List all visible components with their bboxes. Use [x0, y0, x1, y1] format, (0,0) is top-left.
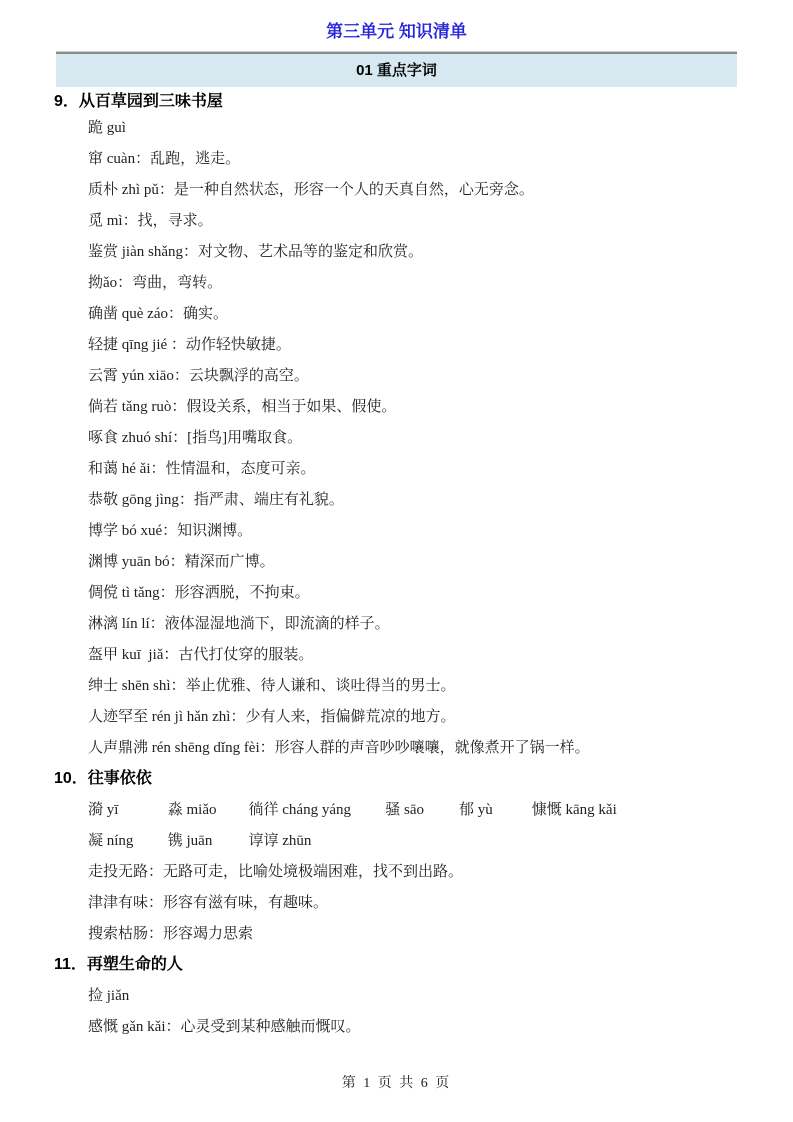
word-entry: 淋漓 lín lí：液体湿湿地淌下，即流滴的样子。 — [88, 609, 753, 640]
section-11: 11．再塑生命的人 捡 jiǎn 感慨 gǎn kǎi：心灵受到某种感触而慨叹。 — [0, 954, 793, 1043]
word-entry: 绅士 shēn shì：举止优雅、待人谦和、谈吐得当的男士。 — [88, 671, 753, 702]
word-entry: 感慨 gǎn kǎi：心灵受到某种感触而慨叹。 — [88, 1012, 753, 1043]
word-entry: 盔甲 kuī jiǎ：古代打仗穿的服装。 — [88, 640, 753, 671]
section-9: 9．从百草园到三味书屋 跪 guì 窜 cuàn：乱跑，逃走。 质朴 zhì p… — [0, 91, 793, 764]
word-entry: 人迹罕至 rén jì hǎn zhì：少有人来，指偏僻荒凉的地方。 — [88, 702, 753, 733]
section-heading: 10．往事依依 — [54, 768, 793, 790]
word-entry: 恭敬 gōng jìng：指严肃、端庄有礼貌。 — [88, 485, 753, 516]
word-entry: 博学 bó xué：知识渊博。 — [88, 516, 753, 547]
section-heading: 9．从百草园到三味书屋 — [54, 91, 793, 113]
section-heading: 11．再塑生命的人 — [54, 954, 793, 976]
word-row: 漪 yī 淼 miǎo 徜徉 cháng yáng 骚 sāo 郁 yù 慷慨 … — [88, 795, 753, 826]
document-page: 第三单元 知识清单 01 重点字词 9．从百草园到三味书屋 跪 guì 窜 cu… — [0, 0, 793, 1122]
word-entry: 捡 jiǎn — [88, 981, 753, 1012]
entry-list: 跪 guì 窜 cuàn：乱跑，逃走。 质朴 zhì pǔ：是一种自然状态，形容… — [88, 113, 753, 764]
word-entry: 鉴赏 jiàn shǎng：对文物、艺术品等的鉴定和欣赏。 — [88, 237, 753, 268]
word-entry: 倘若 tǎng ruò：假设关系，相当于如果、假使。 — [88, 392, 753, 423]
word-item: 骚 sāo — [385, 795, 455, 826]
word-entry: 走投无路：无路可走，比喻处境极端困难，找不到出路。 — [88, 857, 753, 888]
word-entry: 搜索枯肠：形容竭力思索 — [88, 919, 753, 950]
word-entry: 啄食 zhuó shí：[指鸟]用嘴取食。 — [88, 423, 753, 454]
word-item: 慷慨 kāng kǎi — [532, 795, 617, 826]
word-item: 淼 miǎo — [168, 795, 245, 826]
word-item: 漪 yī — [88, 795, 164, 826]
word-entry: 觅 mì：找，寻求。 — [88, 206, 753, 237]
entry-list: 捡 jiǎn 感慨 gǎn kǎi：心灵受到某种感触而慨叹。 — [88, 976, 753, 1043]
word-entry: 津津有味：形容有滋有味，有趣味。 — [88, 888, 753, 919]
word-item: 镌 juān — [168, 826, 245, 857]
word-entry: 跪 guì — [88, 113, 753, 144]
document-title: 第三单元 知识清单 — [0, 0, 793, 43]
word-entry: 和蔼 hé ǎi：性情温和，态度可亲。 — [88, 454, 753, 485]
word-entry: 倜傥 tì tǎng：形容洒脱，不拘束。 — [88, 578, 753, 609]
word-entry: 确凿 què záo：确实。 — [88, 299, 753, 330]
section-banner: 01 重点字词 — [56, 54, 737, 87]
page-footer: 第 1 页 共 6 页 — [0, 1072, 793, 1092]
word-entry: 轻捷 qīng jié ：动作轻快敏捷。 — [88, 330, 753, 361]
word-item: 凝 níng — [88, 826, 164, 857]
entry-list: 漪 yī 淼 miǎo 徜徉 cháng yáng 骚 sāo 郁 yù 慷慨 … — [88, 790, 753, 950]
word-entry: 质朴 zhì pǔ：是一种自然状态，形容一个人的天真自然，心无旁念。 — [88, 175, 753, 206]
word-entry: 窜 cuàn：乱跑，逃走。 — [88, 144, 753, 175]
word-entry: 人声鼎沸 rén shēng dǐng fèi：形容人群的声音吵吵嚷嚷，就像煮开… — [88, 733, 753, 764]
section-10: 10．往事依依 漪 yī 淼 miǎo 徜徉 cháng yáng 骚 sāo … — [0, 768, 793, 950]
word-row: 凝 níng 镌 juān 谆谆 zhūn — [88, 826, 753, 857]
word-entry: 渊博 yuān bó：精深而广博。 — [88, 547, 753, 578]
word-item: 谆谆 zhūn — [249, 826, 312, 857]
word-item: 徜徉 cháng yáng — [249, 795, 382, 826]
word-entry: 拗ǎo：弯曲，弯转。 — [88, 268, 753, 299]
word-entry: 云霄 yún xiāo：云块飘浮的高空。 — [88, 361, 753, 392]
word-item: 郁 yù — [459, 795, 528, 826]
